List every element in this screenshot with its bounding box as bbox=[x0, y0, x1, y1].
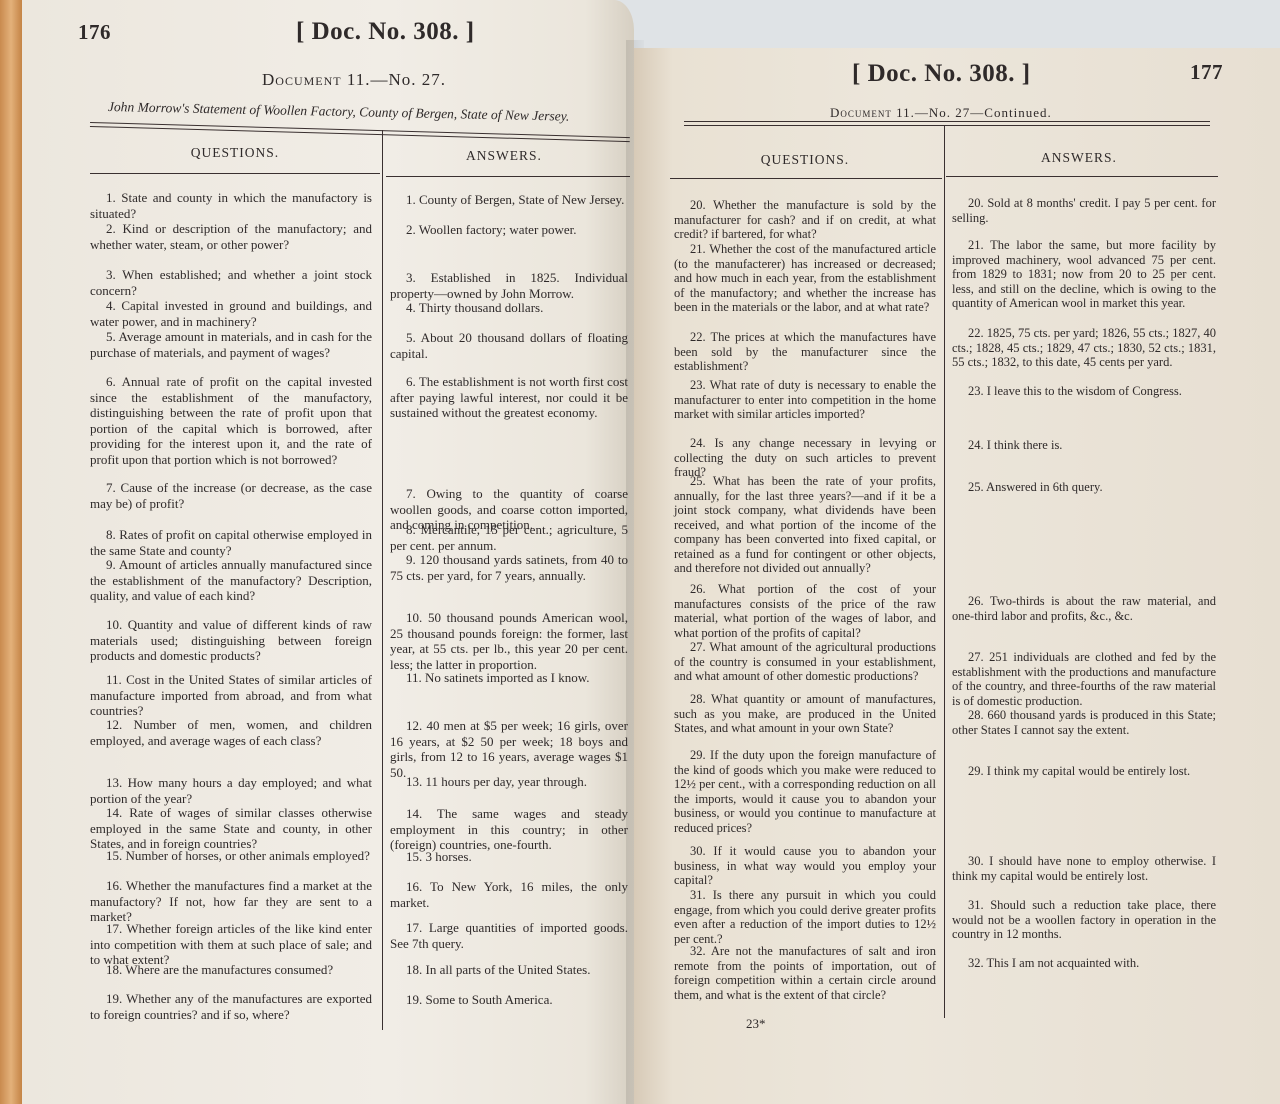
column-divider bbox=[382, 130, 383, 1030]
question-21: 21. Whether the cost of the manufactured… bbox=[674, 242, 936, 315]
answer-6: 6. The establishment is not worth first … bbox=[390, 374, 628, 421]
header-double-rule bbox=[90, 122, 630, 142]
document-title-rest: 11.—No. 27—Continued. bbox=[892, 105, 1052, 120]
question-8: 8. Rates of profit on capital otherwise … bbox=[90, 527, 372, 558]
document-title-prefix: Document bbox=[830, 105, 892, 120]
answer-28: 28. 660 thousand yards is produced in th… bbox=[952, 708, 1216, 737]
questions-header-rule bbox=[90, 173, 380, 174]
question-13: 13. How many hours a day employed; and w… bbox=[90, 775, 372, 806]
question-10: 10. Quantity and value of different kind… bbox=[90, 617, 372, 664]
answer-22: 22. 1825, 75 cts. per yard; 1826, 55 cts… bbox=[952, 326, 1216, 370]
question-32: 32. Are not the manufactures of salt and… bbox=[674, 944, 936, 1002]
document-title-rest: 11.—No. 27. bbox=[342, 70, 446, 89]
question-28: 28. What quantity or amount of manufactu… bbox=[674, 692, 936, 736]
page-number: 177 bbox=[1190, 60, 1223, 85]
question-30: 30. If it would cause you to abandon you… bbox=[674, 844, 936, 888]
question-16: 16. Whether the manufactures find a mark… bbox=[90, 878, 372, 925]
question-27: 27. What amount of the agricultural prod… bbox=[674, 640, 936, 684]
question-9: 9. Amount of articles annually manufactu… bbox=[90, 557, 372, 604]
question-7: 7. Cause of the increase (or decrease, a… bbox=[90, 480, 372, 511]
answer-18: 18. In all parts of the United States. bbox=[390, 962, 628, 978]
question-1: 1. State and county in which the manufac… bbox=[90, 190, 372, 221]
question-29: 29. If the duty upon the foreign manufac… bbox=[674, 748, 936, 835]
answer-2: 2. Woollen factory; water power. bbox=[390, 222, 628, 238]
answer-14: 14. The same wages and steady employment… bbox=[390, 806, 628, 853]
doc-number-header: [ Doc. No. 308. ] bbox=[852, 60, 1031, 88]
question-26: 26. What portion of the cost of your man… bbox=[674, 582, 936, 640]
document-title-prefix: Document bbox=[262, 70, 342, 89]
answer-21: 21. The labor the same, but more facilit… bbox=[952, 238, 1216, 311]
question-22: 22. The prices at which the manufactures… bbox=[674, 330, 936, 374]
page-number: 176 bbox=[78, 20, 111, 45]
answer-4: 4. Thirty thousand dollars. bbox=[390, 300, 628, 316]
question-2: 2. Kind or description of the manufactor… bbox=[90, 221, 372, 252]
answer-1: 1. County of Bergen, State of New Jersey… bbox=[390, 192, 628, 208]
answer-16: 16. To New York, 16 miles, the only mark… bbox=[390, 879, 628, 910]
answer-26: 26. Two-thirds is about the raw material… bbox=[952, 594, 1216, 623]
question-3: 3. When established; and whether a joint… bbox=[90, 267, 372, 298]
answer-24: 24. I think there is. bbox=[952, 438, 1216, 453]
answer-32: 32. This I am not acquainted with. bbox=[952, 956, 1216, 971]
answers-header: ANSWERS. bbox=[946, 150, 1212, 166]
question-4: 4. Capital invested in ground and buildi… bbox=[90, 298, 372, 329]
answer-31: 31. Should such a reduction take place, … bbox=[952, 898, 1216, 942]
question-31: 31. Is there any pursuit in which you co… bbox=[674, 888, 936, 946]
question-6: 6. Annual rate of profit on the capital … bbox=[90, 374, 372, 467]
answer-20: 20. Sold at 8 months' credit. I pay 5 pe… bbox=[952, 196, 1216, 225]
question-12: 12. Number of men, women, and children e… bbox=[90, 717, 372, 748]
answer-19: 19. Some to South America. bbox=[390, 992, 628, 1008]
doc-number-header: [ Doc. No. 308. ] bbox=[296, 18, 475, 46]
document-title: Document 11.—No. 27. bbox=[262, 70, 446, 90]
answer-30: 30. I should have none to employ otherwi… bbox=[952, 854, 1216, 883]
question-20: 20. Whether the manufacture is sold by t… bbox=[674, 198, 936, 242]
answer-11: 11. No satinets imported as I know. bbox=[390, 670, 628, 686]
question-17: 17. Whether foreign articles of the like… bbox=[90, 921, 372, 968]
answer-13: 13. 11 hours per day, year through. bbox=[390, 774, 628, 790]
book-edge bbox=[0, 0, 22, 1104]
answer-17: 17. Large quantities of imported goods. … bbox=[390, 920, 628, 951]
answer-10: 10. 50 thousand pounds American wool, 25… bbox=[390, 610, 628, 672]
answer-9: 9. 120 thousand yards satinets, from 40 … bbox=[390, 552, 628, 583]
answer-25: 25. Answered in 6th query. bbox=[952, 480, 1216, 495]
question-11: 11. Cost in the United States of similar… bbox=[90, 672, 372, 719]
answer-5: 5. About 20 thousand dollars of floating… bbox=[390, 330, 628, 361]
answers-header-rule bbox=[946, 176, 1218, 177]
answer-8: 8. Mercantile, 15 per cent.; agriculture… bbox=[390, 522, 628, 553]
question-19: 19. Whether any of the manufactures are … bbox=[90, 991, 372, 1022]
questions-header-rule bbox=[670, 178, 942, 179]
questions-header: QUESTIONS. bbox=[672, 152, 938, 168]
right-page: [ Doc. No. 308. ] 177 Document 11.—No. 2… bbox=[634, 48, 1280, 1104]
question-18: 18. Where are the manufactures consumed? bbox=[90, 962, 372, 978]
question-5: 5. Average amount in materials, and in c… bbox=[90, 329, 372, 360]
questions-header: QUESTIONS. bbox=[90, 145, 380, 161]
answer-23: 23. I leave this to the wisdom of Congre… bbox=[952, 384, 1216, 399]
column-divider bbox=[944, 126, 945, 1018]
answer-15: 15. 3 horses. bbox=[390, 849, 628, 865]
header-double-rule bbox=[684, 121, 1210, 126]
question-14: 14. Rate of wages of similar classes oth… bbox=[90, 805, 372, 852]
left-page: 176 [ Doc. No. 308. ] Document 11.—No. 2… bbox=[22, 0, 634, 1104]
answer-12: 12. 40 men at $5 per week; 16 girls, ove… bbox=[390, 718, 628, 780]
document-title: Document 11.—No. 27—Continued. bbox=[830, 105, 1052, 121]
document-subtitle: John Morrow's Statement of Woollen Facto… bbox=[108, 99, 570, 125]
question-23: 23. What rate of duty is necessary to en… bbox=[674, 378, 936, 422]
answer-29: 29. I think my capital would be entirely… bbox=[952, 764, 1216, 779]
signature-mark: 23* bbox=[746, 1016, 766, 1032]
answers-header: ANSWERS. bbox=[384, 148, 624, 164]
answers-header-rule bbox=[386, 176, 630, 177]
question-15: 15. Number of horses, or other animals e… bbox=[90, 848, 372, 864]
answer-27: 27. 251 individuals are clothed and fed … bbox=[952, 650, 1216, 708]
answer-3: 3. Established in 1825. Individual prope… bbox=[390, 270, 628, 301]
question-25: 25. What has been the rate of your profi… bbox=[674, 474, 936, 576]
question-24: 24. Is any change necessary in levying o… bbox=[674, 436, 936, 480]
